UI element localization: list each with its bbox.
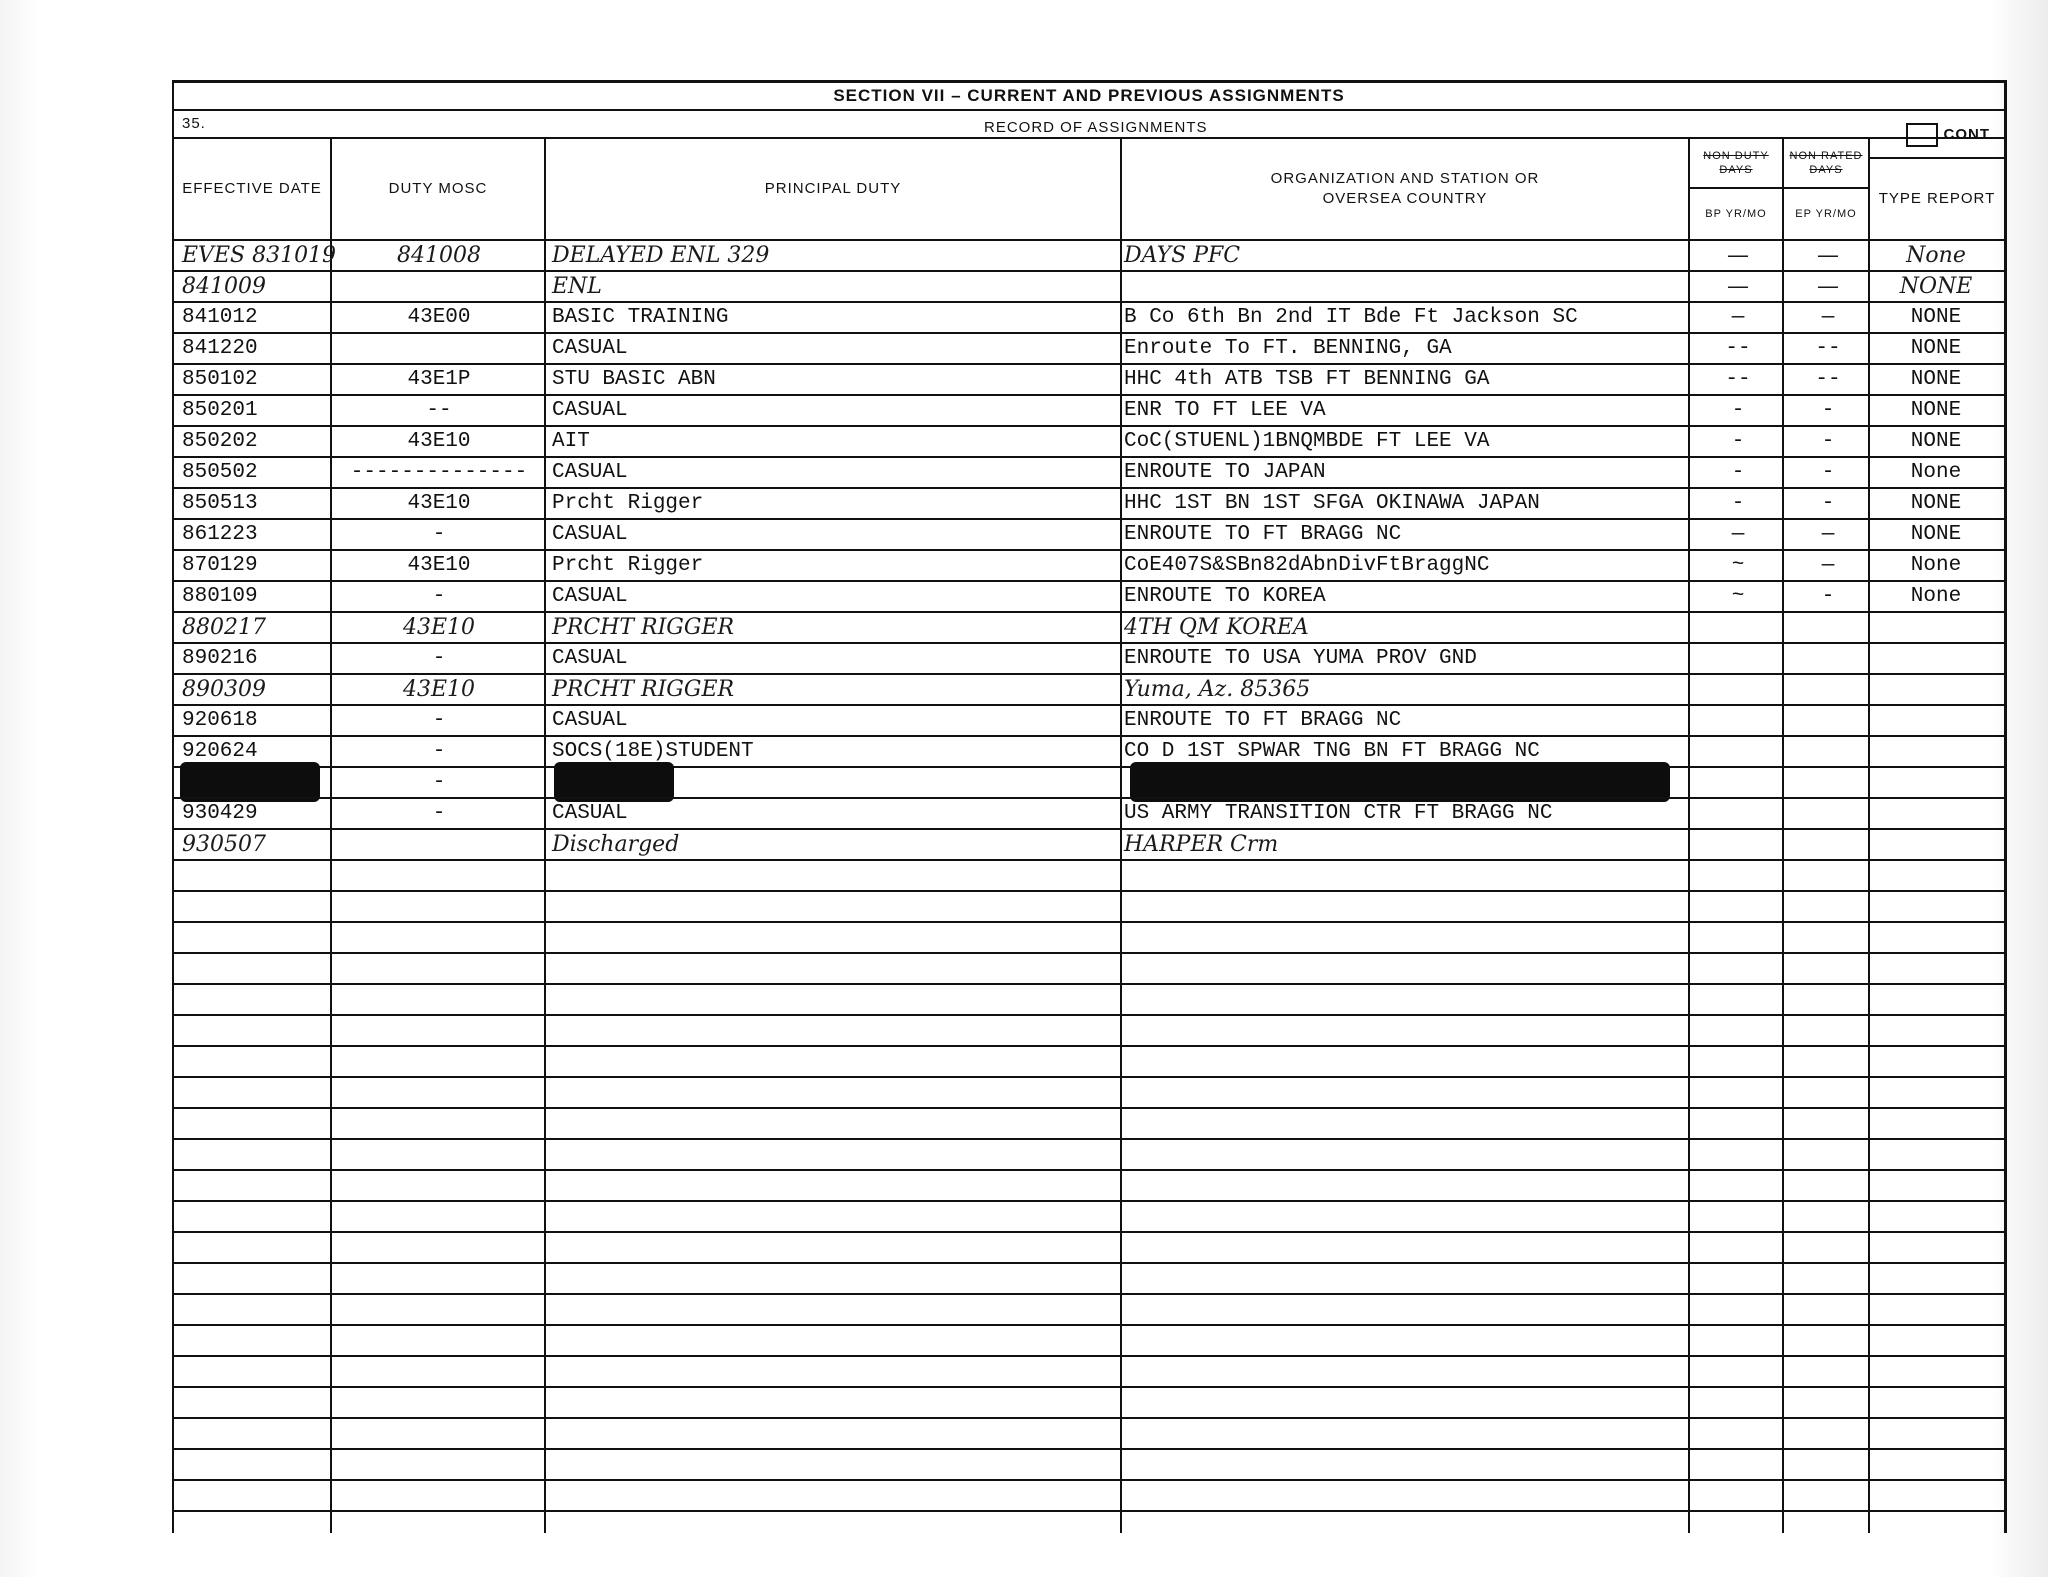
cell-mosc bbox=[334, 334, 544, 363]
cell-ep bbox=[1786, 644, 1870, 673]
cell-type: NONE bbox=[1872, 272, 2000, 301]
cell-mosc: 43E10 bbox=[334, 613, 544, 642]
record-of-assignments-label: RECORD OF ASSIGNMENTS bbox=[984, 115, 1208, 141]
cell-type: None bbox=[1872, 551, 2000, 580]
cell-ep: — bbox=[1786, 303, 1870, 332]
cell-type: NONE bbox=[1872, 396, 2000, 425]
cell-org: ENROUTE TO USA YUMA PROV GND bbox=[1124, 644, 1684, 673]
cell-mosc: - bbox=[334, 737, 544, 766]
cell-date: 861223 bbox=[182, 520, 332, 549]
cell-bp bbox=[1692, 737, 1784, 766]
cell-ep bbox=[1786, 768, 1870, 797]
cell-date: 930507 bbox=[182, 830, 332, 859]
cell-type bbox=[1872, 644, 2000, 673]
cell-duty: Discharged bbox=[552, 830, 1122, 859]
assignments-form: SECTION VII – CURRENT AND PREVIOUS ASSIG… bbox=[172, 80, 2007, 1533]
cell-type bbox=[1872, 706, 2000, 735]
cell-date: 920618 bbox=[182, 706, 332, 735]
cell-date: 850202 bbox=[182, 427, 332, 456]
cell-date: 930429 bbox=[182, 799, 332, 828]
cell-date: EVES 831019 bbox=[182, 241, 332, 270]
table-row: EVES 831019841008DELAYED ENL 329DAYS PFC… bbox=[174, 239, 2004, 270]
cell-mosc: - bbox=[334, 799, 544, 828]
redaction-bar bbox=[1130, 762, 1670, 802]
cell-duty: PRCHT RIGGER bbox=[552, 675, 1122, 704]
cell-mosc bbox=[334, 272, 544, 301]
cell-date: 870129 bbox=[182, 551, 332, 580]
cell-bp bbox=[1692, 768, 1784, 797]
cell-ep bbox=[1786, 737, 1870, 766]
cell-ep: - bbox=[1786, 396, 1870, 425]
cell-bp bbox=[1692, 644, 1784, 673]
cell-duty: Prcht Rigger bbox=[552, 489, 1122, 518]
cell-bp: — bbox=[1692, 520, 1784, 549]
cell-duty: CASUAL bbox=[552, 706, 1122, 735]
cell-duty: CASUAL bbox=[552, 396, 1122, 425]
cell-duty: CASUAL bbox=[552, 458, 1122, 487]
table-row bbox=[174, 1386, 2004, 1417]
table-row bbox=[174, 1200, 2004, 1231]
table-row: 890216-CASUALENROUTE TO USA YUMA PROV GN… bbox=[174, 642, 2004, 673]
cell-ep: — bbox=[1786, 551, 1870, 580]
cell-ep: - bbox=[1786, 489, 1870, 518]
cell-ep bbox=[1786, 830, 1870, 859]
cell-bp: - bbox=[1692, 427, 1784, 456]
cell-date: 850502 bbox=[182, 458, 332, 487]
header-type-report: TYPE REPORT bbox=[1870, 157, 2004, 239]
table-row bbox=[174, 1417, 2004, 1448]
table-row bbox=[174, 1045, 2004, 1076]
cell-duty: STU BASIC ABN bbox=[552, 365, 1122, 394]
cell-ep bbox=[1786, 706, 1870, 735]
cell-bp bbox=[1692, 830, 1784, 859]
table-row: - bbox=[174, 766, 2004, 797]
table-row: 89030943E10PRCHT RIGGERYuma, Az. 85365 bbox=[174, 673, 2004, 704]
header-principal-duty: PRINCIPAL DUTY bbox=[546, 139, 1122, 239]
cell-org: CoC(STUENL)1BNQMBDE FT LEE VA bbox=[1124, 427, 1684, 456]
cell-ep bbox=[1786, 675, 1870, 704]
cell-org: B Co 6th Bn 2nd IT Bde Ft Jackson SC bbox=[1124, 303, 1684, 332]
table-row bbox=[174, 1231, 2004, 1262]
cell-mosc: 43E10 bbox=[334, 551, 544, 580]
cell-bp bbox=[1692, 613, 1784, 642]
table-row: 85051343E10Prcht RiggerHHC 1ST BN 1ST SF… bbox=[174, 487, 2004, 518]
cell-ep bbox=[1786, 799, 1870, 828]
cell-mosc: 43E00 bbox=[334, 303, 544, 332]
cell-bp bbox=[1692, 799, 1784, 828]
cell-ep: - bbox=[1786, 427, 1870, 456]
table-row: 930507DischargedHARPER Crm bbox=[174, 828, 2004, 859]
cell-duty: CASUAL bbox=[552, 644, 1122, 673]
cell-type bbox=[1872, 613, 2000, 642]
cell-date: 841220 bbox=[182, 334, 332, 363]
cell-bp: — bbox=[1692, 303, 1784, 332]
cell-date: 880109 bbox=[182, 582, 332, 611]
cell-ep: — bbox=[1786, 241, 1870, 270]
cell-org: DAYS PFC bbox=[1124, 241, 1684, 270]
cell-org: ENROUTE TO FT BRAGG NC bbox=[1124, 706, 1684, 735]
cell-duty: CASUAL bbox=[552, 520, 1122, 549]
table-row bbox=[174, 983, 2004, 1014]
cell-mosc: 43E10 bbox=[334, 427, 544, 456]
cell-ep: — bbox=[1786, 272, 1870, 301]
cell-mosc: 43E10 bbox=[334, 489, 544, 518]
item-number: 35. bbox=[182, 111, 206, 137]
table-row: 880109-CASUALENROUTE TO KOREA~-None bbox=[174, 580, 2004, 611]
cell-bp bbox=[1692, 706, 1784, 735]
cell-mosc bbox=[334, 830, 544, 859]
cell-ep: - bbox=[1786, 458, 1870, 487]
cell-mosc: 841008 bbox=[334, 241, 544, 270]
cell-date: 890216 bbox=[182, 644, 332, 673]
table-row: 850201--CASUALENR TO FT LEE VA--NONE bbox=[174, 394, 2004, 425]
table-row: 930429-CASUALUS ARMY TRANSITION CTR FT B… bbox=[174, 797, 2004, 828]
table-row: 85010243E1PSTU BASIC ABNHHC 4th ATB TSB … bbox=[174, 363, 2004, 394]
table-row bbox=[174, 1293, 2004, 1324]
cell-org: ENROUTE TO JAPAN bbox=[1124, 458, 1684, 487]
cell-duty: AIT bbox=[552, 427, 1122, 456]
cell-mosc: 43E1P bbox=[334, 365, 544, 394]
subtitle-row: 35. RECORD OF ASSIGNMENTS bbox=[174, 111, 2004, 139]
cont-label: CONT bbox=[1944, 126, 1991, 143]
cell-duty: BASIC TRAINING bbox=[552, 303, 1122, 332]
cont-checkbox[interactable]: CONT bbox=[1906, 123, 1991, 147]
cell-bp: — bbox=[1692, 241, 1784, 270]
header-organization: ORGANIZATION AND STATION OR OVERSEA COUN… bbox=[1122, 139, 1690, 239]
cell-mosc: - bbox=[334, 768, 544, 797]
checkbox-icon[interactable] bbox=[1906, 123, 1938, 147]
cell-org: HHC 4th ATB TSB FT BENNING GA bbox=[1124, 365, 1684, 394]
header-duty-mosc: DUTY MOSC bbox=[332, 139, 546, 239]
cell-duty: ENL bbox=[552, 272, 1122, 301]
redaction-bar bbox=[554, 762, 674, 802]
cell-date: 850513 bbox=[182, 489, 332, 518]
table-row bbox=[174, 1448, 2004, 1479]
cell-type: NONE bbox=[1872, 489, 2000, 518]
cell-duty: Prcht Rigger bbox=[552, 551, 1122, 580]
cell-ep: — bbox=[1786, 520, 1870, 549]
cell-bp: - bbox=[1692, 396, 1784, 425]
cell-date: 841012 bbox=[182, 303, 332, 332]
header-bp: BP YR/MO bbox=[1690, 189, 1784, 239]
cell-type: None bbox=[1872, 241, 2000, 270]
table-row bbox=[174, 1510, 2004, 1541]
cell-bp: — bbox=[1692, 272, 1784, 301]
cell-bp: - bbox=[1692, 489, 1784, 518]
cell-bp bbox=[1692, 675, 1784, 704]
cell-mosc: - bbox=[334, 520, 544, 549]
cell-type: NONE bbox=[1872, 365, 2000, 394]
cell-bp: ~ bbox=[1692, 551, 1784, 580]
cell-type: NONE bbox=[1872, 334, 2000, 363]
cell-date: 841009 bbox=[182, 272, 332, 301]
cell-duty: CASUAL bbox=[552, 582, 1122, 611]
section-title: SECTION VII – CURRENT AND PREVIOUS ASSIG… bbox=[174, 83, 2004, 111]
table-row bbox=[174, 921, 2004, 952]
cell-org: Yuma, Az. 85365 bbox=[1124, 675, 1684, 704]
cell-org: Enroute To FT. BENNING, GA bbox=[1124, 334, 1684, 363]
cell-org: HARPER Crm bbox=[1124, 830, 1684, 859]
cell-bp: -- bbox=[1692, 365, 1784, 394]
table-row: 920624-SOCS(18E)STUDENTCO D 1ST SPWAR TN… bbox=[174, 735, 2004, 766]
cell-date: 890309 bbox=[182, 675, 332, 704]
table-row bbox=[174, 1169, 2004, 1200]
cell-duty: PRCHT RIGGER bbox=[552, 613, 1122, 642]
cell-type bbox=[1872, 737, 2000, 766]
cell-type bbox=[1872, 799, 2000, 828]
table-row: 88021743E10PRCHT RIGGER4TH QM KOREA bbox=[174, 611, 2004, 642]
redaction-bar bbox=[180, 762, 320, 802]
table-row bbox=[174, 952, 2004, 983]
cell-org: ENR TO FT LEE VA bbox=[1124, 396, 1684, 425]
cell-duty: DELAYED ENL 329 bbox=[552, 241, 1122, 270]
table-row bbox=[174, 1262, 2004, 1293]
cell-org: ENROUTE TO FT BRAGG NC bbox=[1124, 520, 1684, 549]
table-row bbox=[174, 1138, 2004, 1169]
cell-org: ENROUTE TO KOREA bbox=[1124, 582, 1684, 611]
document-page: SECTION VII – CURRENT AND PREVIOUS ASSIG… bbox=[0, 0, 2048, 1577]
cell-type: NONE bbox=[1872, 303, 2000, 332]
table-row bbox=[174, 859, 2004, 890]
table-row: 841220CASUALEnroute To FT. BENNING, GA--… bbox=[174, 332, 2004, 363]
cell-type bbox=[1872, 675, 2000, 704]
cell-org: HHC 1ST BN 1ST SFGA OKINAWA JAPAN bbox=[1124, 489, 1684, 518]
cell-type bbox=[1872, 830, 2000, 859]
cell-org: CoE407S&SBn82dAbnDivFtBraggNC bbox=[1124, 551, 1684, 580]
table-row: 920618-CASUALENROUTE TO FT BRAGG NC bbox=[174, 704, 2004, 735]
table-row: 861223-CASUALENROUTE TO FT BRAGG NC——NON… bbox=[174, 518, 2004, 549]
cell-bp: ~ bbox=[1692, 582, 1784, 611]
cell-ep bbox=[1786, 613, 1870, 642]
table-row bbox=[174, 1107, 2004, 1138]
cell-org bbox=[1124, 272, 1684, 301]
header-effective-date: EFFECTIVE DATE bbox=[174, 139, 332, 239]
header-non-duty-days: NON DUTY DAYS bbox=[1690, 139, 1784, 189]
table-row bbox=[174, 890, 2004, 921]
header-non-rated-days: NON RATED DAYS bbox=[1784, 139, 1870, 189]
table-row bbox=[174, 1355, 2004, 1386]
table-row bbox=[174, 1076, 2004, 1107]
table-row bbox=[174, 1014, 2004, 1045]
cell-ep: -- bbox=[1786, 334, 1870, 363]
cell-date: 850201 bbox=[182, 396, 332, 425]
cell-type: None bbox=[1872, 582, 2000, 611]
cell-mosc: - bbox=[334, 644, 544, 673]
cell-mosc: -------------- bbox=[334, 458, 544, 487]
cell-ep: -- bbox=[1786, 365, 1870, 394]
table-row: 85020243E10AITCoC(STUENL)1BNQMBDE FT LEE… bbox=[174, 425, 2004, 456]
cell-type: NONE bbox=[1872, 520, 2000, 549]
cell-date: 880217 bbox=[182, 613, 332, 642]
header-ep: EP YR/MO bbox=[1784, 189, 1870, 239]
cell-bp: - bbox=[1692, 458, 1784, 487]
cell-org: 4TH QM KOREA bbox=[1124, 613, 1684, 642]
cell-type: None bbox=[1872, 458, 2000, 487]
cell-org: US ARMY TRANSITION CTR FT BRAGG NC bbox=[1124, 799, 1684, 828]
cell-date: 850102 bbox=[182, 365, 332, 394]
table-row: 87012943E10Prcht RiggerCoE407S&SBn82dAbn… bbox=[174, 549, 2004, 580]
cell-mosc: -- bbox=[334, 396, 544, 425]
table-row bbox=[174, 1324, 2004, 1355]
cell-bp: -- bbox=[1692, 334, 1784, 363]
cell-ep: - bbox=[1786, 582, 1870, 611]
table-row: 841009ENL——NONE bbox=[174, 270, 2004, 301]
cell-mosc: - bbox=[334, 582, 544, 611]
table-row bbox=[174, 1479, 2004, 1510]
table-row: 84101243E00BASIC TRAININGB Co 6th Bn 2nd… bbox=[174, 301, 2004, 332]
cell-type: NONE bbox=[1872, 427, 2000, 456]
table-row: 850502--------------CASUALENROUTE TO JAP… bbox=[174, 456, 2004, 487]
cell-mosc: 43E10 bbox=[334, 675, 544, 704]
cell-duty: CASUAL bbox=[552, 334, 1122, 363]
cell-type bbox=[1872, 768, 2000, 797]
cell-mosc: - bbox=[334, 706, 544, 735]
cell-duty: CASUAL bbox=[552, 799, 1122, 828]
